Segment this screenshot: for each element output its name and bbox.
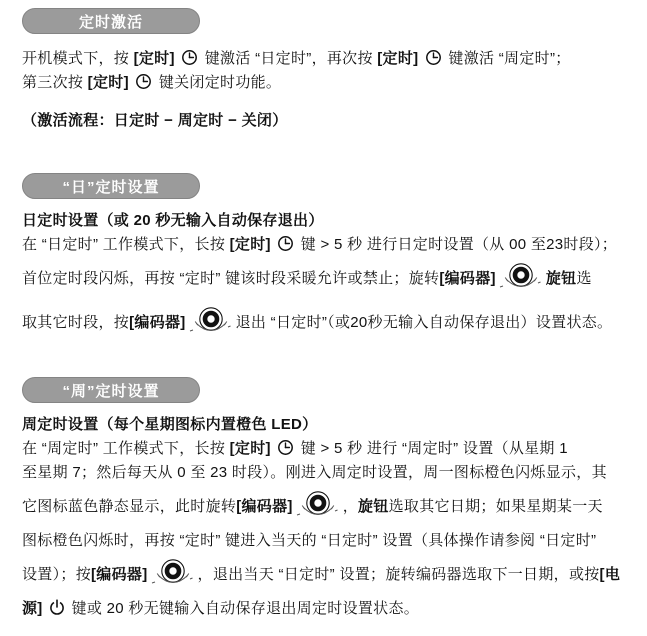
text-line: 在 “周定时” 工作模式下，长按 [定时] 键 > 5 秒 进行 “周定时” 设… — [22, 437, 635, 461]
text-run: [编码器] — [236, 495, 293, 519]
text-run — [271, 440, 275, 457]
timer-clock-icon — [425, 49, 442, 66]
timer-activation-intro-paragraph: 开机模式下，按 [定时] 键激活 “日定时”，再次按 [定时] 键激活 “周定时… — [22, 47, 635, 95]
timer-clock-icon — [277, 235, 294, 252]
text-run: 键 > 5 秒 进行日定时设置（从 00 至23时段）； — [301, 236, 617, 253]
section-title: “周”定时设置 — [62, 380, 159, 401]
text-line: 设置）；按 [编码器] ，退出当天 “日定时” 设置；旋转编码器选取下一日期，或… — [22, 553, 635, 597]
text-run: [定时] — [134, 50, 175, 67]
activation-flow-note: （激活流程：日定时 − 周定时 − 关闭） — [22, 109, 635, 133]
text-line: 日定时设置（或 20 秒无输入自动保存退出） — [22, 209, 635, 233]
day-timer-body-paragraph: 在 “日定时” 工作模式下，长按 [定时] 键 > 5 秒 进行日定时设置（从 … — [22, 233, 635, 345]
text-run — [175, 50, 179, 67]
text-line: 在 “日定时” 工作模式下，长按 [定时] 键 > 5 秒 进行日定时设置（从 … — [22, 233, 635, 257]
text-run: 键或 20 秒无键输入自动保存退出周定时设置状态。 — [72, 600, 420, 617]
text-run: [定时] — [88, 74, 129, 91]
text-run: ， — [343, 495, 358, 519]
timer-clock-icon — [181, 49, 198, 66]
text-run: 在 “日定时” 工作模式下，长按 — [22, 236, 230, 253]
text-run: 选 — [576, 267, 591, 291]
text-run: 键激活 “周定时”； — [448, 50, 570, 67]
text-run: 设置）；按 — [22, 563, 91, 587]
timer-clock-icon — [277, 439, 294, 456]
manual-page: 定时激活 开机模式下，按 [定时] 键激活 “日定时”，再次按 [定时] 键激活… — [0, 0, 647, 636]
power-icon — [49, 599, 65, 616]
text-run: ，退出当天 “日定时” 设置；旋转编码器选取下一日期，或按 — [198, 563, 600, 587]
text-line: 第三次按 [定时] 键关闭定时功能。 — [22, 71, 635, 95]
text-run: [定时] — [230, 236, 271, 253]
text-run: 旋钮 — [546, 267, 577, 291]
text-run: 旋钮 — [358, 495, 389, 519]
text-run: 第三次按 — [22, 74, 88, 91]
text-run — [43, 600, 47, 617]
text-run: 开机模式下，按 — [22, 50, 134, 67]
text-line: 开机模式下，按 [定时] 键激活 “日定时”，再次按 [定时] 键激活 “周定时… — [22, 47, 635, 71]
week-timer-body-paragraph: 在 “周定时” 工作模式下，长按 [定时] 键 > 5 秒 进行 “周定时” 设… — [22, 437, 635, 621]
week-timer-subheading: 周定时设置（每个星期图标内置橙色 LED） — [22, 413, 635, 437]
encoder-knob-icon — [151, 557, 195, 593]
section-title: “日”定时设置 — [62, 176, 159, 197]
text-run: 键关闭定时功能。 — [159, 74, 281, 91]
text-line: 取其它时段，按 [编码器] 退出 “日定时”（或20秒无输入自动保存退出）设置状… — [22, 301, 635, 345]
text-run: [定时] — [377, 50, 418, 67]
text-run: 取其它时段，按 — [22, 311, 129, 335]
text-run: 图标橙色闪烁时，再按 “定时” 键进入当天的 “日定时” 设置（具体操作请参阅 … — [22, 532, 596, 549]
section-header-pill-week-timer: “周”定时设置 — [22, 377, 200, 403]
text-line: 至星期 7；然后每天从 0 至 23 时段）。刚进入周定时设置，周一图标橙色闪烁… — [22, 461, 635, 485]
text-line: 它图标蓝色静态显示，此时旋转 [编码器] ，旋钮选取其它日期；如果星期某一天 — [22, 485, 635, 529]
section-header-pill-timer-activation: 定时激活 — [22, 8, 200, 34]
text-run: 首位定时段闪烁，再按 “定时” 键该时段采暖允许或禁止；旋转 — [22, 267, 439, 291]
section-day-timer-setup: “日”定时设置 日定时设置（或 20 秒无输入自动保存退出） 在 “日定时” 工… — [22, 173, 635, 345]
text-line: （激活流程：日定时 − 周定时 − 关闭） — [22, 109, 635, 133]
text-run: [电 — [600, 563, 621, 587]
encoder-knob-icon — [296, 489, 340, 525]
day-timer-subheading: 日定时设置（或 20 秒无输入自动保存退出） — [22, 209, 635, 233]
text-run: [定时] — [230, 440, 271, 457]
text-run: [编码器] — [439, 267, 496, 291]
text-run: 至星期 7；然后每天从 0 至 23 时段）。刚进入周定时设置，周一图标橙色闪烁… — [22, 464, 607, 481]
text-run: （激活流程：日定时 − 周定时 − 关闭） — [22, 112, 288, 129]
section-week-timer-setup: “周”定时设置 周定时设置（每个星期图标内置橙色 LED） 在 “周定时” 工作… — [22, 377, 635, 621]
text-run: [编码器] — [129, 311, 186, 335]
text-run: 周定时设置（每个星期图标内置橙色 LED） — [22, 416, 317, 433]
text-run: 日定时设置（或 20 秒无输入自动保存退出） — [22, 212, 324, 229]
timer-clock-icon — [135, 73, 152, 90]
text-run — [271, 236, 275, 253]
encoder-knob-icon — [189, 305, 233, 341]
text-run: [编码器] — [91, 563, 148, 587]
text-run — [129, 74, 133, 91]
text-line: 周定时设置（每个星期图标内置橙色 LED） — [22, 413, 635, 437]
text-run: 它图标蓝色静态显示，此时旋转 — [22, 495, 236, 519]
text-line: 图标橙色闪烁时，再按 “定时” 键进入当天的 “日定时” 设置（具体操作请参阅 … — [22, 529, 635, 553]
text-run: 键激活 “日定时”，再次按 — [205, 50, 378, 67]
text-line: 源] 键或 20 秒无键输入自动保存退出周定时设置状态。 — [22, 597, 635, 621]
section-timer-activation: 定时激活 开机模式下，按 [定时] 键激活 “日定时”，再次按 [定时] 键激活… — [22, 8, 635, 133]
text-line: 首位定时段闪烁，再按 “定时” 键该时段采暖允许或禁止；旋转 [编码器] 旋钮选 — [22, 257, 635, 301]
section-title: 定时激活 — [79, 11, 143, 32]
text-run: 源] — [22, 600, 43, 617]
section-header-pill-day-timer: “日”定时设置 — [22, 173, 200, 199]
text-run: 键 > 5 秒 进行 “周定时” 设置（从星期 1 — [301, 440, 568, 457]
text-run: 在 “周定时” 工作模式下，长按 — [22, 440, 230, 457]
text-run — [418, 50, 422, 67]
text-run: 退出 “日定时”（或20秒无输入自动保存退出）设置状态。 — [236, 311, 613, 335]
encoder-knob-icon — [499, 261, 543, 297]
text-run: 选取其它日期；如果星期某一天 — [389, 495, 603, 519]
